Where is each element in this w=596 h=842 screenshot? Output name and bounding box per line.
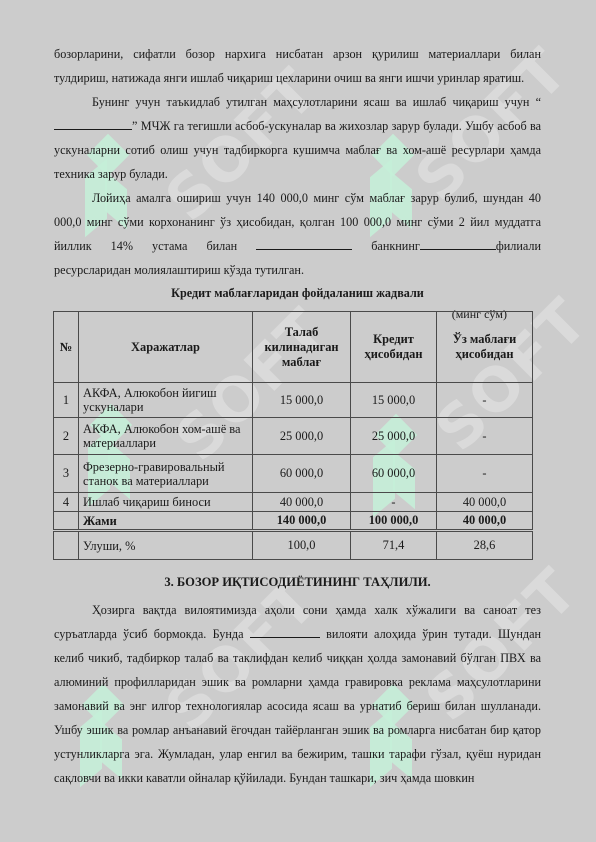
cell-own: - xyxy=(437,455,533,493)
branch-name-blank xyxy=(420,237,496,250)
region-name-blank xyxy=(250,625,320,638)
paragraph-intro-line-2: тулдириш, натижада янги ишлаб чиқариш це… xyxy=(54,66,541,90)
cell-credit: 100 000,0 xyxy=(351,512,437,531)
table-total-row: Жами 140 000,0 100 000,0 40 000,0 xyxy=(54,512,533,531)
paragraph-market-text-2: вилояти алоҳида ўрин тутади. Шундан кели… xyxy=(54,627,541,785)
cell-own: - xyxy=(437,383,533,418)
table-row: 3 Фрезерно-гравировальный станок ва мате… xyxy=(54,455,533,493)
cell-credit: 71,4 xyxy=(351,531,437,560)
document-body: бозорларини, сифатли бозор нархига нисба… xyxy=(54,42,541,334)
header-number: № xyxy=(54,312,79,383)
cell-credit: 60 000,0 xyxy=(351,455,437,493)
section-market-analysis: 3. БОЗОР ИҚТИСОДИЁТИНИНГ ТАҲЛИЛИ. Ҳозирг… xyxy=(54,572,541,790)
paragraph-financing-text-2: банкнинг xyxy=(371,239,420,253)
header-own-funds: Ўз маблағи ҳисобидан xyxy=(437,312,533,383)
table-row: 4 Ишлаб чиқариш биноси 40 000,0 - 40 000… xyxy=(54,493,533,512)
cell-number: 2 xyxy=(54,418,79,455)
cell-required: 100,0 xyxy=(253,531,351,560)
cell-number: 1 xyxy=(54,383,79,418)
section-heading: 3. БОЗОР ИҚТИСОДИЁТИНИНГ ТАҲЛИЛИ. xyxy=(54,572,541,592)
cell-own: 40 000,0 xyxy=(437,512,533,531)
cell-number xyxy=(54,531,79,560)
credit-usage-table: № Харажатлар Талаб килинадиган маблағ Кр… xyxy=(53,311,533,560)
cell-own: - xyxy=(437,418,533,455)
cell-credit: - xyxy=(351,493,437,512)
paragraph-equipment: Бунинг учун таъкидлаб утилган маҳсулотла… xyxy=(54,90,541,186)
paragraph-market: Ҳозирга вақтда вилоятимизда аҳоли сони ҳ… xyxy=(54,598,541,790)
cell-number xyxy=(54,512,79,531)
cell-own: 28,6 xyxy=(437,531,533,560)
header-credit: Кредит ҳисобидан xyxy=(351,312,437,383)
table-row: 2 АКФА, Алюкобон хом-ашё ва материаллари… xyxy=(54,418,533,455)
cell-credit: 15 000,0 xyxy=(351,383,437,418)
company-name-blank xyxy=(54,117,132,130)
cell-item: Жами xyxy=(79,512,253,531)
cell-required: 15 000,0 xyxy=(253,383,351,418)
cell-item: Ишлаб чиқариш биноси xyxy=(79,493,253,512)
cell-number: 4 xyxy=(54,493,79,512)
table-share-row: Улуши, % 100,0 71,4 28,6 xyxy=(54,531,533,560)
cell-own: 40 000,0 xyxy=(437,493,533,512)
cell-item: АКФА, Алюкобон йигиш ускуналари xyxy=(79,383,253,418)
header-expenses: Харажатлар xyxy=(79,312,253,383)
paragraph-intro-line-1: бозорларини, сифатли бозор нархига нисба… xyxy=(54,42,541,66)
table-row: 1 АКФА, Алюкобон йигиш ускуналари 15 000… xyxy=(54,383,533,418)
paragraph-financing: Лойиҳа амалга ошириш учун 140 000,0 минг… xyxy=(54,186,541,282)
cell-required: 25 000,0 xyxy=(253,418,351,455)
header-required: Талаб килинадиган маблағ xyxy=(253,312,351,383)
bank-name-blank xyxy=(256,237,352,250)
paragraph-equipment-text-1: Бунинг учун таъкидлаб утилган маҳсулотла… xyxy=(92,95,541,109)
cell-number: 3 xyxy=(54,455,79,493)
cell-item: Фрезерно-гравировальный станок ва матери… xyxy=(79,455,253,493)
cell-required: 40 000,0 xyxy=(253,493,351,512)
cell-required: 60 000,0 xyxy=(253,455,351,493)
cell-item: Улуши, % xyxy=(79,531,253,560)
table-header-row: № Харажатлар Талаб килинадиган маблағ Кр… xyxy=(54,312,533,383)
cell-credit: 25 000,0 xyxy=(351,418,437,455)
cell-item: АКФА, Алюкобон хом-ашё ва материаллари xyxy=(79,418,253,455)
table-title: Кредит маблағларидан фойдаланиш жадвали xyxy=(54,284,541,302)
cell-required: 140 000,0 xyxy=(253,512,351,531)
